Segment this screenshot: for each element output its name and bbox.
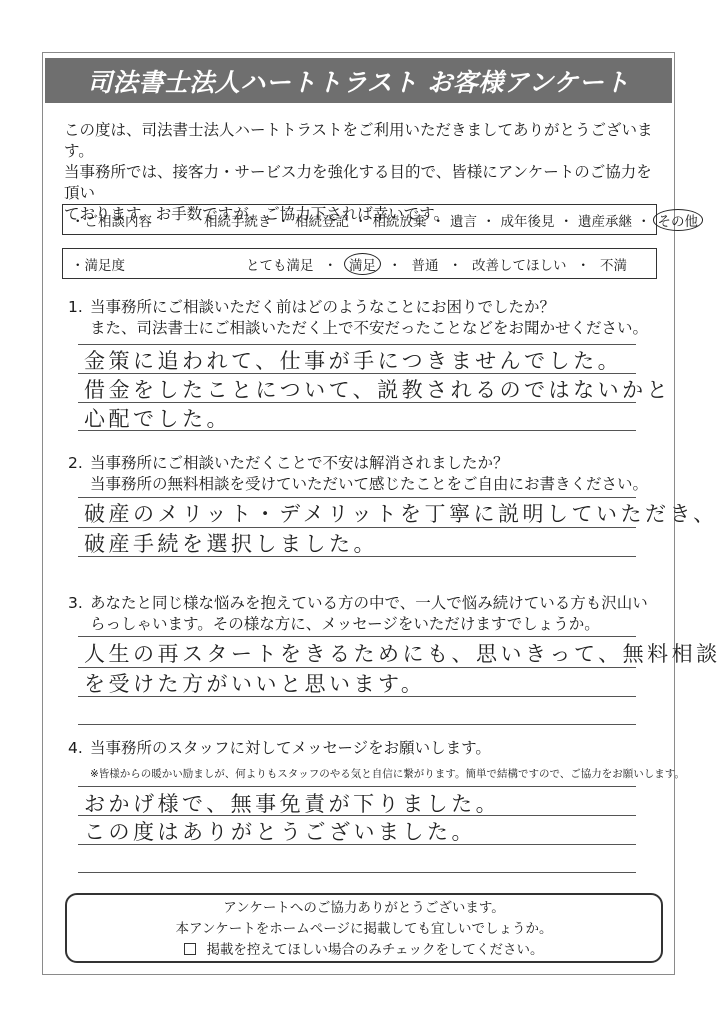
option-inheritance-renunciation[interactable]: 相続放棄 [372, 210, 428, 230]
handwritten-answer: おかげ様で、無事免責が下りました。 [84, 788, 500, 818]
option-very-satisfied[interactable]: とても満足 [245, 254, 315, 274]
page-title: 司法書士法人ハートトラスト お客様アンケート [87, 63, 629, 99]
option-satisfied-selected[interactable]: 満足 [344, 253, 381, 275]
handwritten-answer: 借金をしたことについて、説教されるのではないかと [84, 374, 671, 404]
consultation-box: ・ご相談内容 相続手続き ・ 相続登記 ・ 相続放棄 ・ 遺言 ・ 成年後見 ・… [62, 204, 657, 235]
option-inheritance-registration[interactable]: 相続登記 [294, 210, 350, 230]
question-3: 3.あなたと同じ様な悩みを抱えている方の中で、一人で悩み続けている方も沢山い ら… [68, 593, 648, 635]
thanks-text: アンケートへのご協力ありがとうございます。 [67, 898, 661, 919]
question-text: 当事務所にご相談いただくことで不安は解消されましたか？ [90, 454, 509, 472]
intro-line: 当事務所では、接客力・サービス力を強化する目的で、皆様にアンケートのご協力を頂い [64, 162, 664, 204]
question-number: 3. [68, 593, 90, 614]
satisfaction-box: ・満足度 とても満足 ・ 満足 ・ 普通 ・ 改善してほしい ・ 不満 [62, 248, 657, 279]
option-adult-guardianship[interactable]: 成年後見 [500, 210, 556, 230]
intro-line: この度は、司法書士法人ハートトラストをご利用いただきましてありがとうございます。 [64, 120, 664, 162]
handwritten-answer: 人生の再スタートをきるためにも、思いきって、無料相談 [84, 638, 721, 668]
consultation-label: ・ご相談内容 [71, 210, 152, 230]
answer-line [78, 844, 636, 845]
question-text: 当事務所にご相談いただく前はどのようなことにお困りでしたか？ [90, 298, 555, 316]
handwritten-answer: 破産手続を選択しました。 [84, 528, 378, 558]
option-inheritance-procedure[interactable]: 相続手続き [203, 210, 273, 230]
question-4: 4.当事務所のスタッフに対してメッセージをお願いします。 [68, 738, 491, 759]
header-banner: 司法書士法人ハートトラスト お客様アンケート [45, 58, 672, 103]
satisfaction-label: ・満足度 [71, 254, 125, 274]
option-other-selected[interactable]: その他 [653, 209, 704, 231]
answer-line [78, 872, 636, 873]
handwritten-answer: 金策に追われて、仕事が手につきませんでした。 [84, 345, 622, 375]
handwritten-answer: を受けた方がいいと思います。 [84, 668, 425, 698]
answer-line [78, 696, 636, 697]
publication-consent-box: アンケートへのご協力ありがとうございます。 本アンケートをホームページに掲載して… [65, 893, 663, 963]
question-2: 2.当事務所にご相談いただくことで不安は解消されましたか？ 当事務所の無料相談を… [68, 453, 648, 495]
handwritten-answer: この度はありがとうございました。 [84, 816, 476, 846]
publish-question: 本アンケートをホームページに掲載しても宜しいでしょうか。 [67, 919, 661, 940]
answer-line [78, 724, 636, 725]
option-dissatisfied[interactable]: 不満 [599, 254, 628, 274]
option-will[interactable]: 遺言 [449, 210, 478, 230]
question-text: また、司法書士にご相談いただく上で不安だったことなどをお聞かせください。 [68, 318, 648, 339]
option-estate-succession[interactable]: 遺産承継 [577, 210, 633, 230]
opt-out-row: 掲載を控えてほしい場合のみチェックをしてください。 [67, 940, 661, 961]
question-text: 当事務所の無料相談を受けていただいて感じたことをご自由にお書きください。 [68, 474, 648, 495]
opt-out-checkbox[interactable] [184, 943, 196, 955]
question-number: 4. [68, 738, 90, 759]
question-note: ※皆様からの暖かい励ましが、何よりもスタッフのやる気と自信に繋がります。簡単で結… [90, 766, 685, 781]
answer-line [78, 430, 636, 431]
opt-out-label: 掲載を控えてほしい場合のみチェックをしてください。 [206, 942, 543, 958]
question-text: 当事務所のスタッフに対してメッセージをお願いします。 [90, 739, 491, 757]
question-text: らっしゃいます。その様な方に、メッセージをいただけますでしょうか。 [68, 614, 648, 635]
answer-line [78, 636, 636, 637]
satisfaction-options: とても満足 ・ 満足 ・ 普通 ・ 改善してほしい ・ 不満 [245, 253, 628, 275]
question-1: 1.当事務所にご相談いただく前はどのようなことにお困りでしたか？ また、司法書士… [68, 297, 648, 339]
question-text: あなたと同じ様な悩みを抱えている方の中で、一人で悩み続けている方も沢山い [90, 594, 648, 612]
answer-line [78, 786, 636, 787]
answer-line [78, 556, 636, 557]
question-number: 2. [68, 453, 90, 474]
consultation-options: 相続手続き ・ 相続登記 ・ 相続放棄 ・ 遺言 ・ 成年後見 ・ 遺産承継 ・… [203, 209, 701, 231]
handwritten-answer: 破産のメリット・デメリットを丁寧に説明していただき、 [84, 498, 718, 528]
handwritten-answer: 心配でした。 [84, 403, 231, 433]
option-neutral[interactable]: 普通 [411, 254, 440, 274]
question-number: 1. [68, 297, 90, 318]
option-needs-improvement[interactable]: 改善してほしい [471, 254, 568, 274]
